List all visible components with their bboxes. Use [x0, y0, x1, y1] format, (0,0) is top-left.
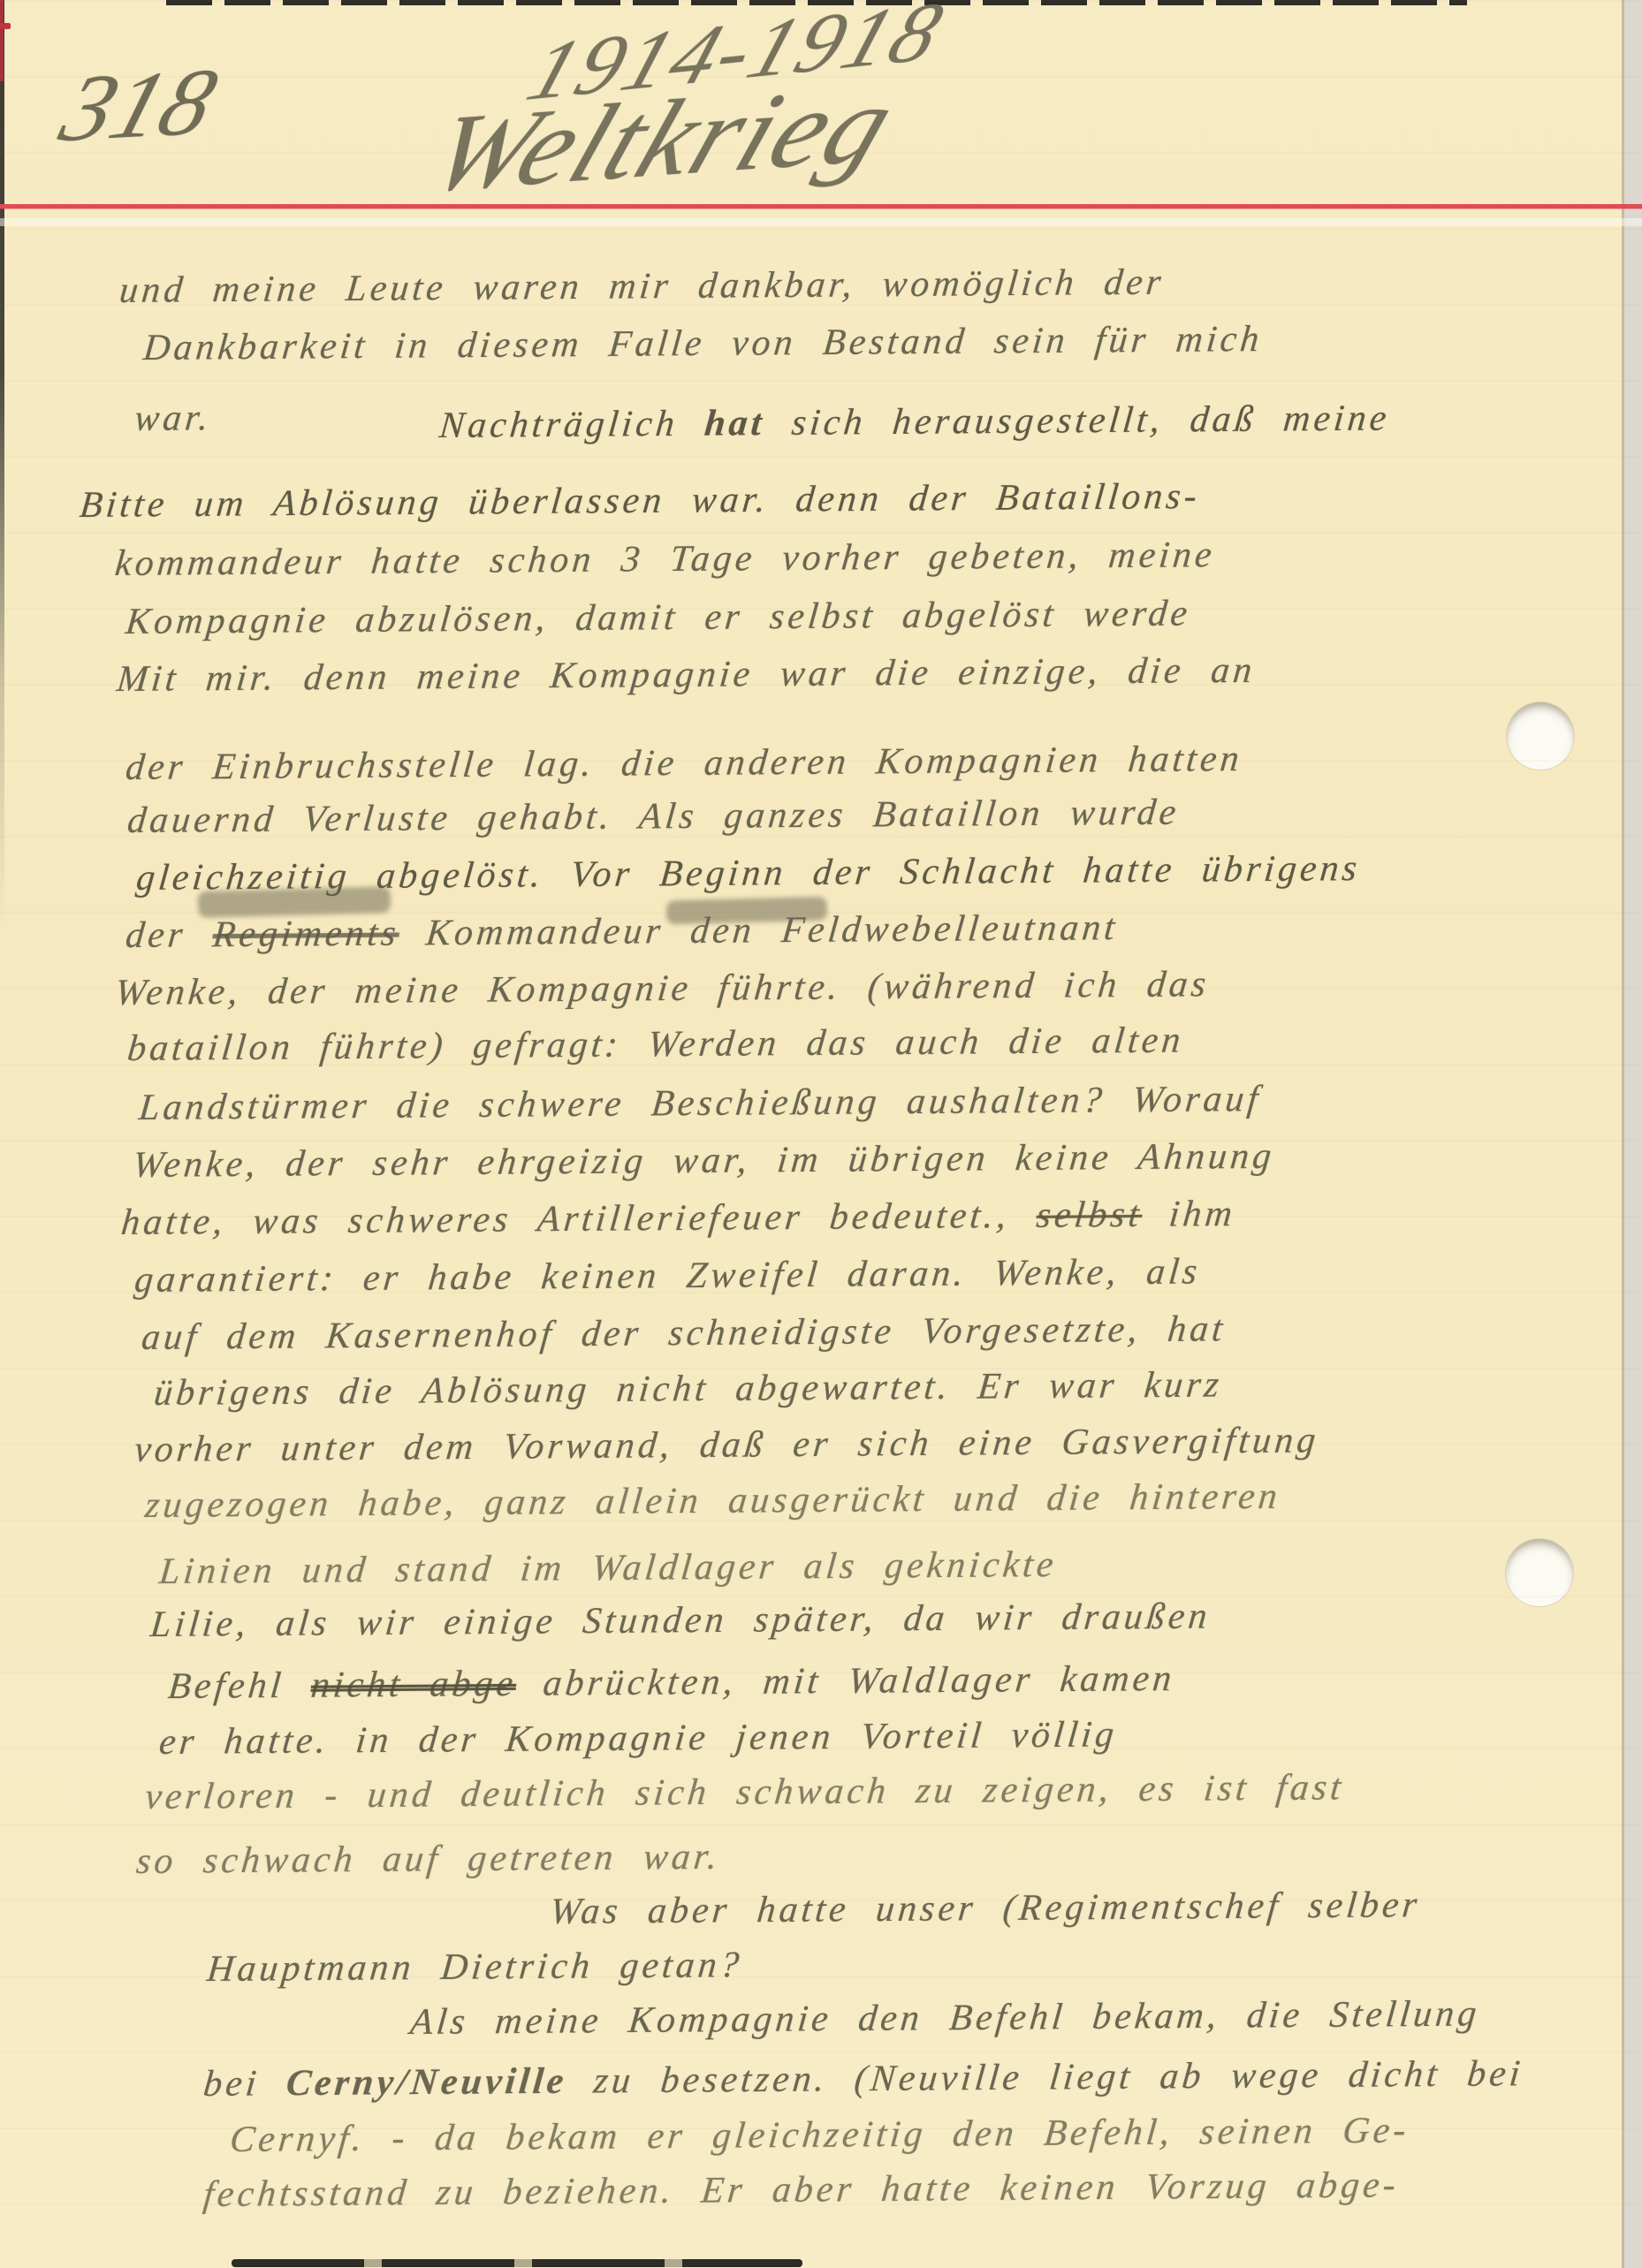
handwritten-line: und meine Leute waren mir dankbar, womög…	[118, 262, 1167, 312]
handwritten-line: fechtsstand zu beziehen. Er aber hatte k…	[201, 2164, 1401, 2216]
handwritten-line: Nachträglich hat sich herausgestellt, da…	[437, 398, 1392, 447]
handwriting-layer: und meine Leute waren mir dankbar, womög…	[0, 0, 1642, 2268]
graphite-smudge-right	[666, 897, 828, 925]
handwritten-line: hatte, was schweres Artilleriefeuer bede…	[119, 1193, 1237, 1244]
handwritten-line: bei Cerny/Neuville zu besetzen. (Neuvill…	[201, 2052, 1525, 2105]
handwritten-line: dauernd Verluste gehabt. Als ganzes Bata…	[125, 792, 1182, 842]
handwritten-line: Befehl nicht abge abrückten, mit Waldlag…	[166, 1657, 1177, 1708]
handwritten-line: Hauptmann Dietrich getan?	[205, 1944, 744, 1991]
handwritten-line: Linien und stand im Waldlager als geknic…	[157, 1544, 1059, 1593]
handwritten-line: Wenke, der meine Kompagnie führte. (währ…	[113, 963, 1212, 1014]
handwritten-line: Als meine Kompagnie den Befehl bekam, di…	[408, 1992, 1482, 2044]
handwritten-line: Bitte um Ablösung überlassen war. denn d…	[78, 475, 1202, 527]
handwritten-line: kommandeur hatte schon 3 Tage vorher geb…	[113, 534, 1217, 585]
handwritten-line: garantiert: er habe keinen Zweifel daran…	[133, 1250, 1203, 1301]
handwritten-line: vorher unter dem Vorwand, daß er sich ei…	[133, 1419, 1321, 1471]
handwritten-line: Landstürmer die schwere Beschießung aush…	[137, 1078, 1264, 1129]
handwritten-line: auf dem Kasernenhof der schneidigste Vor…	[140, 1308, 1228, 1359]
handwritten-line: Was aber hatte unser (Regimentschef selb…	[548, 1884, 1422, 1933]
handwritten-line: Dankbarkeit in diesem Falle von Bestand …	[141, 318, 1265, 369]
handwritten-line: war.	[133, 397, 214, 440]
handwritten-line: bataillon führte) gefragt: Werden das au…	[125, 1020, 1186, 1070]
handwritten-line: Lilie, als wir einige Stunden später, da…	[148, 1596, 1212, 1646]
handwritten-line: so schwach auf getreten war.	[134, 1836, 723, 1883]
handwritten-line: Wenke, der sehr ehrgeizig war, im übrige…	[131, 1135, 1277, 1187]
graphite-smudge-left	[198, 886, 391, 918]
handwritten-line: verloren - und deutlich sich schwach zu …	[143, 1766, 1346, 1818]
handwritten-line: zugezogen habe, ganz allein ausgerückt u…	[143, 1475, 1282, 1527]
handwritten-line: er hatte. in der Kompagnie jenen Vorteil…	[157, 1713, 1120, 1764]
handwritten-line: Mit mir. denn meine Kompagnie war die ei…	[115, 649, 1258, 701]
handwritten-line: übrigens die Ablösung nicht abgewartet. …	[152, 1363, 1225, 1415]
handwritten-line: Cernyf. - da bekam er gleichzeitig den B…	[228, 2109, 1411, 2161]
handwritten-line: Kompagnie abzulösen, damit er selbst abg…	[124, 592, 1193, 643]
scanned-document-page: 318 1914-1918 Weltkrieg und meine Leute …	[0, 0, 1642, 2268]
handwritten-line: der Einbruchsstelle lag. die anderen Kom…	[124, 738, 1244, 789]
